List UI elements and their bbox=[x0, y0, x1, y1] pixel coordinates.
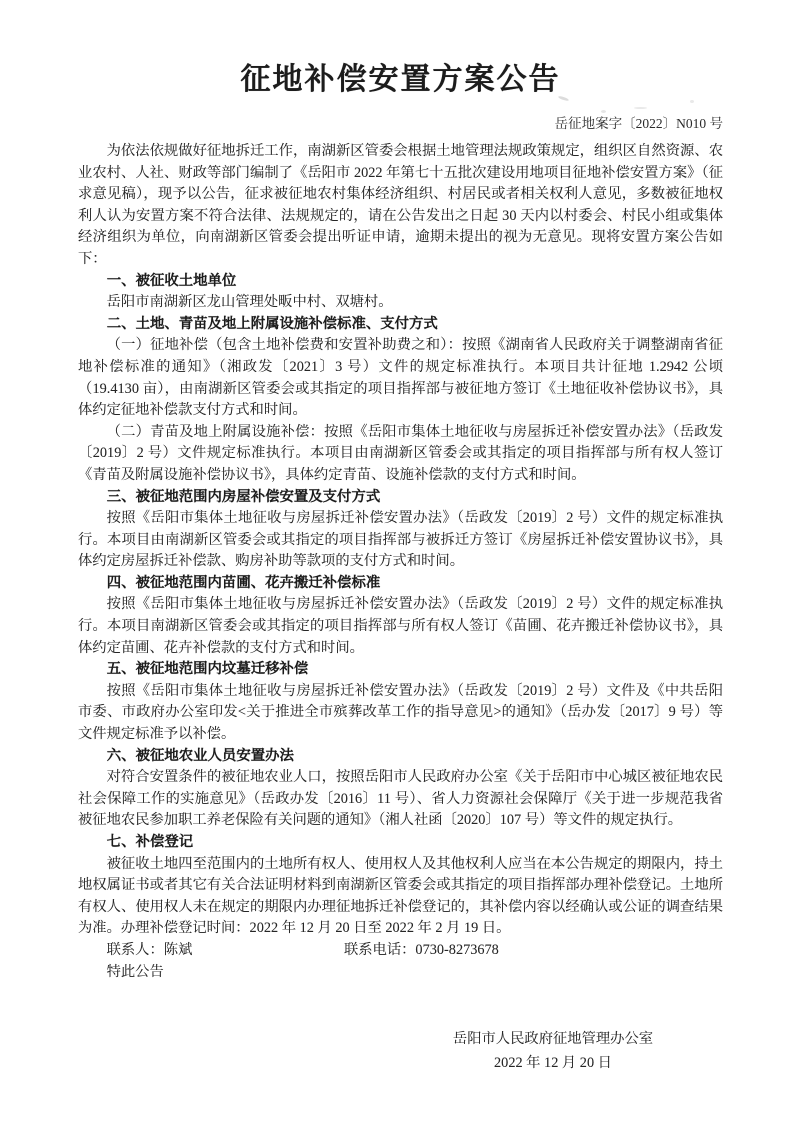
section-heading: 二、土地、青苗及地上附属设施补偿标准、支付方式 bbox=[78, 314, 723, 336]
section-heading: 一、被征收土地单位 bbox=[78, 271, 723, 293]
intro-paragraph: 为依法依规做好征地拆迁工作，南湖新区管委会根据土地管理法规政策规定，组织区自然资… bbox=[78, 141, 723, 271]
section-paragraph: 岳阳市南湖新区龙山管理处畈中村、双塘村。 bbox=[78, 292, 723, 314]
section-land-units: 一、被征收土地单位 岳阳市南湖新区龙山管理处畈中村、双塘村。 bbox=[78, 271, 723, 314]
section-heading: 四、被征地范围内苗圃、花卉搬迁补偿标准 bbox=[78, 573, 723, 595]
section-paragraph: 按照《岳阳市集体土地征收与房屋拆迁补偿安置办法》（岳政发〔2019〕2 号）文件… bbox=[78, 681, 723, 746]
section-paragraph: （一）征地补偿（包含土地补偿费和安置补助费之和）：按照《湖南省人民政府关于调整湖… bbox=[78, 335, 723, 421]
scan-speck bbox=[601, 110, 606, 113]
section-heading: 七、补偿登记 bbox=[78, 832, 723, 854]
issue-date: 2022 年 12 月 20 日 bbox=[443, 1051, 663, 1075]
closing-statement: 特此公告 bbox=[78, 962, 723, 984]
signature-block: 岳阳市人民政府征地管理办公室 2022 年 12 月 20 日 bbox=[443, 1027, 663, 1075]
section-housing-compensation: 三、被征地范围内房屋补偿安置及支付方式 按照《岳阳市集体土地征收与房屋拆迁补偿安… bbox=[78, 487, 723, 573]
scan-speck bbox=[690, 100, 694, 103]
section-compensation-standards: 二、土地、青苗及地上附属设施补偿标准、支付方式 （一）征地补偿（包含土地补偿费和… bbox=[78, 314, 723, 487]
scan-speck bbox=[634, 107, 647, 109]
announcement-page: 征地补偿安置方案公告 岳征地案字〔2022〕N010 号 为依法依规做好征地拆迁… bbox=[0, 0, 793, 1121]
section-heading: 三、被征地范围内房屋补偿安置及支付方式 bbox=[78, 487, 723, 509]
section-paragraph: 按照《岳阳市集体土地征收与房屋拆迁补偿安置办法》（岳政发〔2019〕2 号）文件… bbox=[78, 594, 723, 659]
contact-line: 联系人：陈斌 联系电话：0730-8273678 bbox=[78, 940, 723, 962]
section-paragraph: 被征收土地四至范围内的土地所有权人、使用权人及其他权利人应当在本公告规定的期限内… bbox=[78, 854, 723, 940]
section-nursery-flowers: 四、被征地范围内苗圃、花卉搬迁补偿标准 按照《岳阳市集体土地征收与房屋拆迁补偿安… bbox=[78, 573, 723, 659]
section-compensation-registration: 七、补偿登记 被征收土地四至范围内的土地所有权人、使用权人及其他权利人应当在本公… bbox=[78, 832, 723, 940]
issuing-office: 岳阳市人民政府征地管理办公室 bbox=[443, 1027, 663, 1051]
section-paragraph: （二）青苗及地上附属设施补偿：按照《岳阳市集体土地征收与房屋拆迁补偿安置办法》（… bbox=[78, 422, 723, 487]
document-title: 征地补偿安置方案公告 bbox=[78, 58, 723, 102]
section-heading: 五、被征地范围内坟墓迁移补偿 bbox=[78, 659, 723, 681]
contact-phone: 联系电话：0730-8273678 bbox=[344, 942, 499, 958]
section-grave-relocation: 五、被征地范围内坟墓迁移补偿 按照《岳阳市集体土地征收与房屋拆迁补偿安置办法》（… bbox=[78, 659, 723, 745]
section-paragraph: 对符合安置条件的被征地农业人口，按照岳阳市人民政府办公室《关于岳阳市中心城区被征… bbox=[78, 767, 723, 832]
section-farmer-resettlement: 六、被征地农业人员安置办法 对符合安置条件的被征地农业人口，按照岳阳市人民政府办… bbox=[78, 746, 723, 832]
document-content: 征地补偿安置方案公告 岳征地案字〔2022〕N010 号 为依法依规做好征地拆迁… bbox=[0, 58, 793, 1075]
contact-person: 联系人：陈斌 bbox=[107, 942, 193, 958]
section-heading: 六、被征地农业人员安置办法 bbox=[78, 746, 723, 768]
section-paragraph: 按照《岳阳市集体土地征收与房屋拆迁补偿安置办法》（岳政发〔2019〕2 号）文件… bbox=[78, 508, 723, 573]
document-number: 岳征地案字〔2022〕N010 号 bbox=[78, 114, 723, 134]
